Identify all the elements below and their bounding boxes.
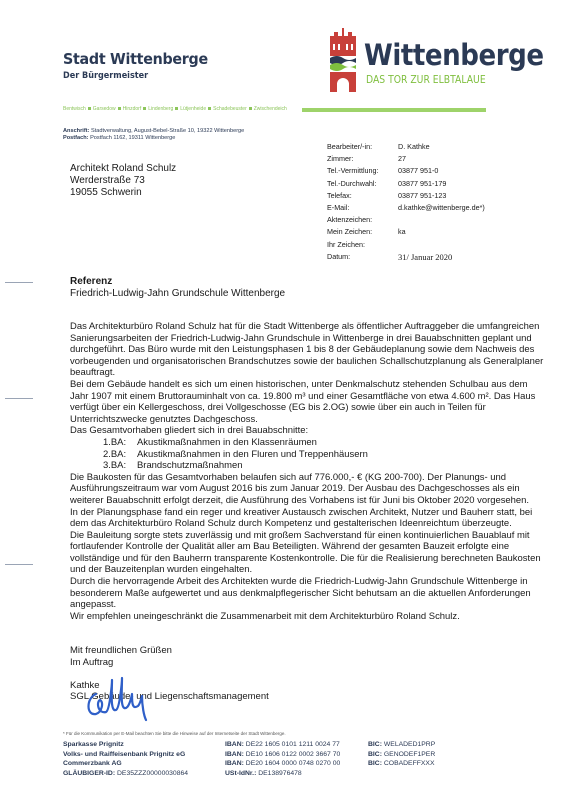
- iban-value: DE22 1605 0101 1211 0024 77: [246, 741, 340, 748]
- info-row-telefax: Telefax:03877 951-123: [327, 190, 485, 202]
- square-separator-icon: [175, 107, 178, 110]
- bic-value: GENODEF1PER: [384, 751, 435, 758]
- letter-body: Das Architekturbüro Roland Schulz hat fü…: [70, 321, 546, 622]
- village: Lütjenheide: [180, 106, 206, 112]
- bic-value: COBADEFFXXX: [384, 760, 435, 767]
- bank-bics: BIC: WELADED1PRP BIC: GENODEF1PER BIC: C…: [368, 740, 435, 769]
- address-value: Stadtverwaltung, August-Bebel-Straße 10,…: [91, 128, 244, 134]
- org-subtitle: Der Bürgermeister: [63, 71, 148, 81]
- info-row-vermittlung: Tel.-Vermittlung:03877 951-0: [327, 165, 485, 177]
- info-row-zimmer: Zimmer:27: [327, 153, 485, 165]
- logo-wordmark: Wittenberge: [364, 38, 544, 72]
- reference-title: Referenz: [70, 276, 112, 287]
- bank-name: Volks- und Raiffeisenbank Prignitz eG: [63, 751, 185, 758]
- body-paragraph: Wir empfehlen uneingeschränkt die Zusamm…: [70, 611, 546, 623]
- body-paragraph: Die Baukosten für das Gesamtvorhaben bel…: [70, 472, 546, 507]
- fold-mark: [5, 398, 33, 399]
- sender-address: Anschrift: Stadtverwaltung, August-Bebel…: [63, 128, 244, 142]
- vat-value: DE138976478: [258, 770, 301, 777]
- body-paragraph: Das Gesamtvorhaben gliedert sich in drei…: [70, 425, 546, 437]
- body-paragraph: Durch die hervorragende Arbeit des Archi…: [70, 576, 546, 611]
- body-paragraph: Die Bauleitung sorgte stets zuverlässig …: [70, 530, 546, 576]
- info-row-email: E-Mail:d.kathke@wittenberge.de*): [327, 202, 485, 214]
- bank-ibans: IBAN: DE22 1605 0101 1211 0024 77 IBAN: …: [225, 740, 340, 778]
- recipient-address: Architekt Roland Schulz Werderstraße 73 …: [70, 163, 176, 199]
- handwritten-signature-icon: [82, 672, 152, 722]
- village-list: BentwischGarsedowHinzdorfLindenbergLütje…: [63, 106, 287, 112]
- org-name: Stadt Wittenberge: [63, 50, 208, 68]
- village: Hinzdorf: [123, 106, 142, 112]
- village: Bentwisch: [63, 106, 86, 112]
- square-separator-icon: [208, 107, 211, 110]
- pobox-value: Postfach 1162, 19311 Wittenberge: [90, 135, 175, 141]
- village: Lindenberg: [148, 106, 173, 112]
- phase-item: 3.BA:Brandschutzmaßnahmen: [70, 460, 546, 472]
- reference-subject: Friedrich-Ludwig-Jahn Grundschule Witten…: [70, 288, 285, 299]
- phase-item: 1.BA:Akustikmaßnahmen in den Klassenräum…: [70, 437, 546, 449]
- info-row-datum: Datum:31/ Januar 2020: [327, 251, 485, 263]
- city-gate-tower-icon: [328, 28, 358, 92]
- info-row-durchwahl: Tel.-Durchwahl:03877 951-179: [327, 178, 485, 190]
- phase-item: 2.BA:Akustikmaßnahmen in den Fluren und …: [70, 449, 546, 461]
- iban-value: DE10 1606 0122 0002 3667 70: [246, 751, 341, 758]
- email-footnote: * Für die Kommunikation per E-Mail beach…: [63, 731, 286, 736]
- body-paragraph: In der Planungsphase fand ein reger und …: [70, 507, 546, 530]
- greeting: Mit freundlichen Grüßen: [70, 645, 269, 657]
- address-label: Anschrift:: [63, 128, 89, 134]
- square-separator-icon: [118, 107, 121, 110]
- bank-name: Commerzbank AG: [63, 760, 122, 767]
- bank-names: Sparkasse Prignitz Volks- und Raiffeisen…: [63, 740, 188, 778]
- logo-tagline: DAS TOR ZUR ELBTALAUE: [366, 74, 486, 86]
- square-separator-icon: [143, 107, 146, 110]
- body-paragraph: Das Architekturbüro Roland Schulz hat fü…: [70, 321, 546, 379]
- email-link[interactable]: d.kathke@wittenberge.de*): [398, 202, 485, 214]
- on-behalf: Im Auftrag: [70, 657, 269, 669]
- village: Schadebeuster: [213, 106, 247, 112]
- recipient-city: 19055 Schwerin: [70, 187, 176, 199]
- info-row-mein-zeichen: Mein Zeichen:ka: [327, 226, 485, 238]
- info-row-aktenzeichen: Aktenzeichen:: [327, 214, 485, 226]
- bank-name: Sparkasse Prignitz: [63, 741, 124, 748]
- iban-value: DE20 1604 0000 0748 0270 00: [246, 760, 341, 767]
- info-row-ihr-zeichen: Ihr Zeichen:: [327, 239, 485, 251]
- pobox-label: Postfach:: [63, 135, 89, 141]
- fold-mark: [5, 564, 33, 565]
- info-block: Bearbeiter/-in:D. Kathke Zimmer:27 Tel.-…: [327, 141, 485, 263]
- square-separator-icon: [249, 107, 252, 110]
- village: Zwischendeich: [254, 106, 287, 112]
- creditor-id-label: GLÄUBIGER-ID:: [63, 770, 115, 777]
- fold-mark: [5, 282, 33, 283]
- body-paragraph: Bei dem Gebäude handelt es sich um einen…: [70, 379, 546, 425]
- bic-value: WELADED1PRP: [384, 741, 435, 748]
- village: Garsedow: [93, 106, 116, 112]
- phase-list: 1.BA:Akustikmaßnahmen in den Klassenräum…: [70, 437, 546, 472]
- letterhead-green-bar: [302, 108, 486, 112]
- recipient-street: Werderstraße 73: [70, 175, 176, 187]
- vat-label: USt-IdNr.:: [225, 770, 256, 777]
- info-row-bearbeiter: Bearbeiter/-in:D. Kathke: [327, 141, 485, 153]
- square-separator-icon: [88, 107, 91, 110]
- recipient-name: Architekt Roland Schulz: [70, 163, 176, 175]
- creditor-id-value: DE35ZZZ00000030864: [117, 770, 188, 777]
